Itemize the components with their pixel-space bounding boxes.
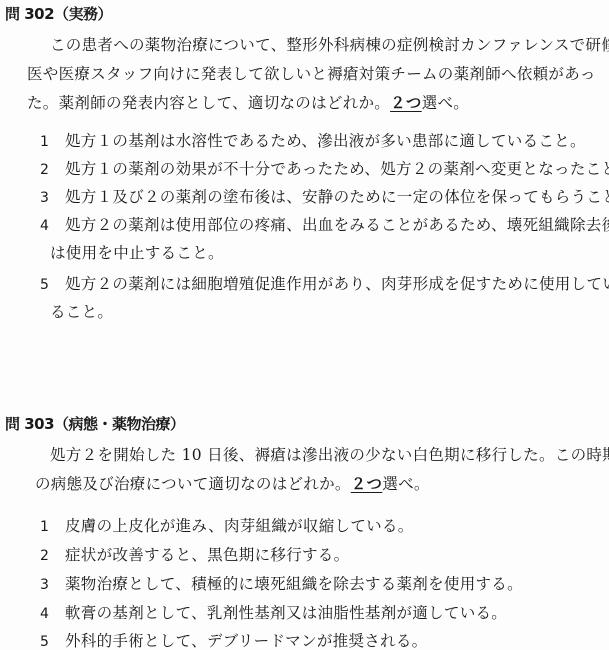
option-text: 処方１及び２の薬剤の塗布後は、安静のために一定の体位を保ってもらうこと。: [65, 188, 609, 206]
option-text: 症状が改善すると、黒色期に移行する。: [65, 546, 349, 564]
stem-line: た。薬剤師の発表内容として、適切なのはどれか。２つ選べ。: [27, 91, 469, 113]
stem-line: の病態及び治療について適切なのはどれか。２つ選べ。: [35, 472, 430, 494]
option-5: 5外科的手術として、デブリードマンが推奨される。: [40, 629, 427, 650]
choose-count: ２つ: [390, 94, 422, 112]
stem-line: この患者への薬物治療について、整形外科病棟の症例検討カンファレンスで研修: [50, 33, 609, 55]
option-text: 処方２の薬剤には細胞増殖促進作用があり、肉芽形成を促すために使用してい: [65, 275, 609, 293]
stem-line: 処方２を開始した 10 日後、褥瘡は滲出液の少ない白色期に移行した。この時期: [50, 443, 609, 465]
option-text: 外科的手術として、デブリードマンが推奨される。: [65, 632, 427, 650]
option-number: 4: [40, 218, 65, 234]
option-text: 薬物治療として、積極的に壊死組織を除去する薬剤を使用する。: [65, 575, 523, 593]
option-number: 1: [40, 134, 65, 150]
stem-line: 医や医療スタッフ向けに発表して欲しいと褥瘡対策チームの薬剤師へ依頼があっ: [27, 62, 596, 84]
option-text: 軟膏の基剤として、乳剤性基剤又は油脂性基剤が適している。: [65, 604, 507, 622]
option-1: 1皮膚の上皮化が進み、肉芽組織が収縮している。: [40, 514, 414, 536]
option-number: 1: [40, 519, 65, 535]
choose-count: ２つ: [351, 475, 383, 493]
option-1: 1処方１の基剤は水溶性であるため、滲出液が多い患部に適していること。: [40, 129, 586, 151]
option-number: 3: [40, 577, 65, 593]
question-title: 問 303（病態・薬物治療）: [5, 413, 185, 434]
option-number: 5: [40, 634, 65, 650]
stem-text: た。薬剤師の発表内容として、適切なのはどれか。: [27, 94, 390, 112]
choose-tail: 選べ。: [422, 94, 469, 112]
option-5: 5処方２の薬剤には細胞増殖促進作用があり、肉芽形成を促すために使用してい: [40, 272, 609, 294]
option-4: 4軟膏の基剤として、乳剤性基剤又は油脂性基剤が適している。: [40, 601, 507, 623]
option-3: 3処方１及び２の薬剤の塗布後は、安静のために一定の体位を保ってもらうこと。: [40, 185, 609, 207]
option-text: 処方２の薬剤は使用部位の疼痛、出血をみることがあるため、壊死組織除去後: [65, 216, 609, 234]
option-text: 処方１の基剤は水溶性であるため、滲出液が多い患部に適していること。: [65, 132, 586, 150]
option-number: 4: [40, 606, 65, 622]
option-3: 3薬物治療として、積極的に壊死組織を除去する薬剤を使用する。: [40, 572, 523, 594]
option-text: 皮膚の上皮化が進み、肉芽組織が収縮している。: [65, 517, 414, 535]
option-number: 2: [40, 548, 65, 564]
option-5-cont: ること。: [50, 300, 113, 322]
option-text: 処方１の薬剤の効果が不十分であったため、処方２の薬剤へ変更となったこと。: [65, 160, 609, 178]
option-number: 2: [40, 162, 65, 178]
option-number: 5: [40, 277, 65, 293]
option-number: 3: [40, 190, 65, 206]
question-title: 問 302（実務）: [5, 3, 112, 24]
option-4: 4処方２の薬剤は使用部位の疼痛、出血をみることがあるため、壊死組織除去後: [40, 213, 609, 235]
choose-tail: 選べ。: [382, 475, 429, 493]
option-2: 2処方１の薬剤の効果が不十分であったため、処方２の薬剤へ変更となったこと。: [40, 157, 609, 179]
option-2: 2症状が改善すると、黒色期に移行する。: [40, 543, 349, 565]
option-4-cont: は使用を中止すること。: [50, 241, 224, 263]
stem-text: の病態及び治療について適切なのはどれか。: [35, 475, 351, 493]
